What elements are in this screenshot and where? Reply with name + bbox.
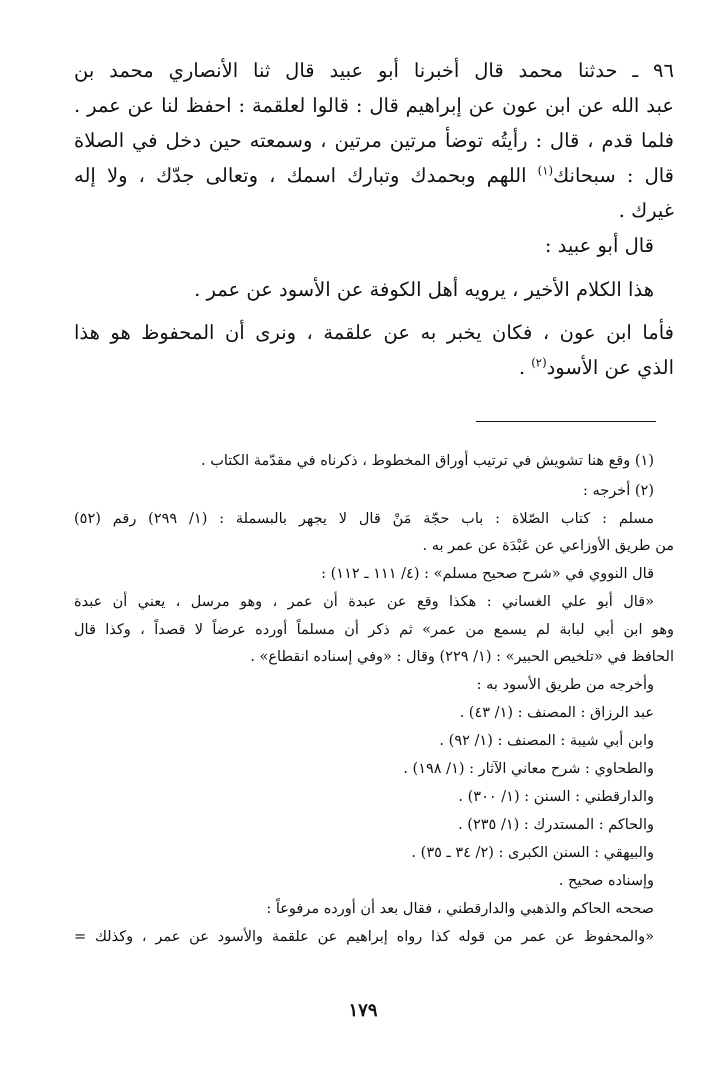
footnote-line: وهو ابن أبي لبابة لم يسمع من عمر» ثم ذكر… xyxy=(74,619,674,641)
main-text-line-4-rest: اللهم وبحمدك وتبارك اسمك ، وتعالى جدّك ،… xyxy=(74,164,538,187)
page-number: ١٧٩ xyxy=(0,1000,726,1021)
footnote-separator xyxy=(476,421,656,422)
main-text-line-4: قال : سبحانك(١) اللهم وبحمدك وتبارك اسمك… xyxy=(74,161,674,191)
main-text-line-7: هذا الكلام الأخير ، يرويه أهل الكوفة عن … xyxy=(74,275,654,305)
footnote-line: وأخرجه من طريق الأسود به : xyxy=(74,674,654,696)
footnote-line: «والمحفوظ عن عمر من قوله كذا رواه إبراهي… xyxy=(74,926,654,948)
footnote-line: والحاكم : المستدرك : (١/ ٢٣٥) . xyxy=(74,814,654,836)
footnote-line: والطحاوي : شرح معاني الآثار : (١/ ١٩٨) . xyxy=(74,758,654,780)
footnote-line: مسلم : كتاب الصّلاة : باب حجّة مَنْ قال … xyxy=(74,508,654,530)
footnote-line: (٢) أخرجه : xyxy=(74,480,654,502)
footnote-ref-1[interactable]: (١) xyxy=(538,164,553,178)
footnote-line: والبيهقي : السنن الكبرى : (٢/ ٣٤ ـ ٣٥) . xyxy=(74,842,654,864)
footnote-line: والدارقطني : السنن : (١/ ٣٠٠) . xyxy=(74,786,654,808)
footnote-line: قال النووي في «شرح صحيح مسلم» : (٤/ ١١١ … xyxy=(74,563,654,585)
main-text-line-3: فلما قدم ، قال : رأيتُه توضأ مرتين مرتين… xyxy=(74,126,674,156)
main-text-line-9-start: الذي عن الأسود xyxy=(547,356,674,379)
main-text-line-9: الذي عن الأسود(٢) . xyxy=(74,353,674,383)
book-page: ٩٦ ـ حدثنا محمد قال أخبرنا أبو عبيد قال … xyxy=(0,0,726,1074)
main-text-line-6: قال أبو عبيد : xyxy=(74,231,654,261)
main-text-line-8: فأما ابن عون ، فكان يخبر به عن علقمة ، و… xyxy=(74,318,674,348)
footnote-line: الحافظ في «تلخيص الحبير» : (١/ ٢٢٩) وقال… xyxy=(74,646,674,668)
main-text-line-4-start: قال : سبحانك xyxy=(553,164,674,187)
footnote-line: صححه الحاكم والذهبي والدارقطني ، فقال بع… xyxy=(74,898,654,920)
main-text-line-1: ٩٦ ـ حدثنا محمد قال أخبرنا أبو عبيد قال … xyxy=(74,56,674,86)
footnote-ref-2[interactable]: (٢) xyxy=(531,356,546,370)
footnote-line: عبد الرزاق : المصنف : (١/ ٤٣) . xyxy=(74,702,654,724)
footnote-line: وابن أبي شيبة : المصنف : (١/ ٩٢) . xyxy=(74,730,654,752)
main-text-line-2: عبد الله عن ابن عون عن إبراهيم قال : قال… xyxy=(74,91,674,121)
main-text-line-9-end: . xyxy=(519,356,531,379)
main-text-line-5: غيرك . xyxy=(74,196,674,226)
footnote-line: من طريق الأوزاعي عن عَبْدَة عن عمر به . xyxy=(74,535,674,557)
footnote-line: «قال أبو علي الغساني : هكذا وقع عن عبدة … xyxy=(74,591,654,613)
footnote-line: وإسناده صحيح . xyxy=(74,870,654,892)
footnote-line: (١) وقع هنا تشويش في ترتيب أوراق المخطوط… xyxy=(74,450,654,472)
